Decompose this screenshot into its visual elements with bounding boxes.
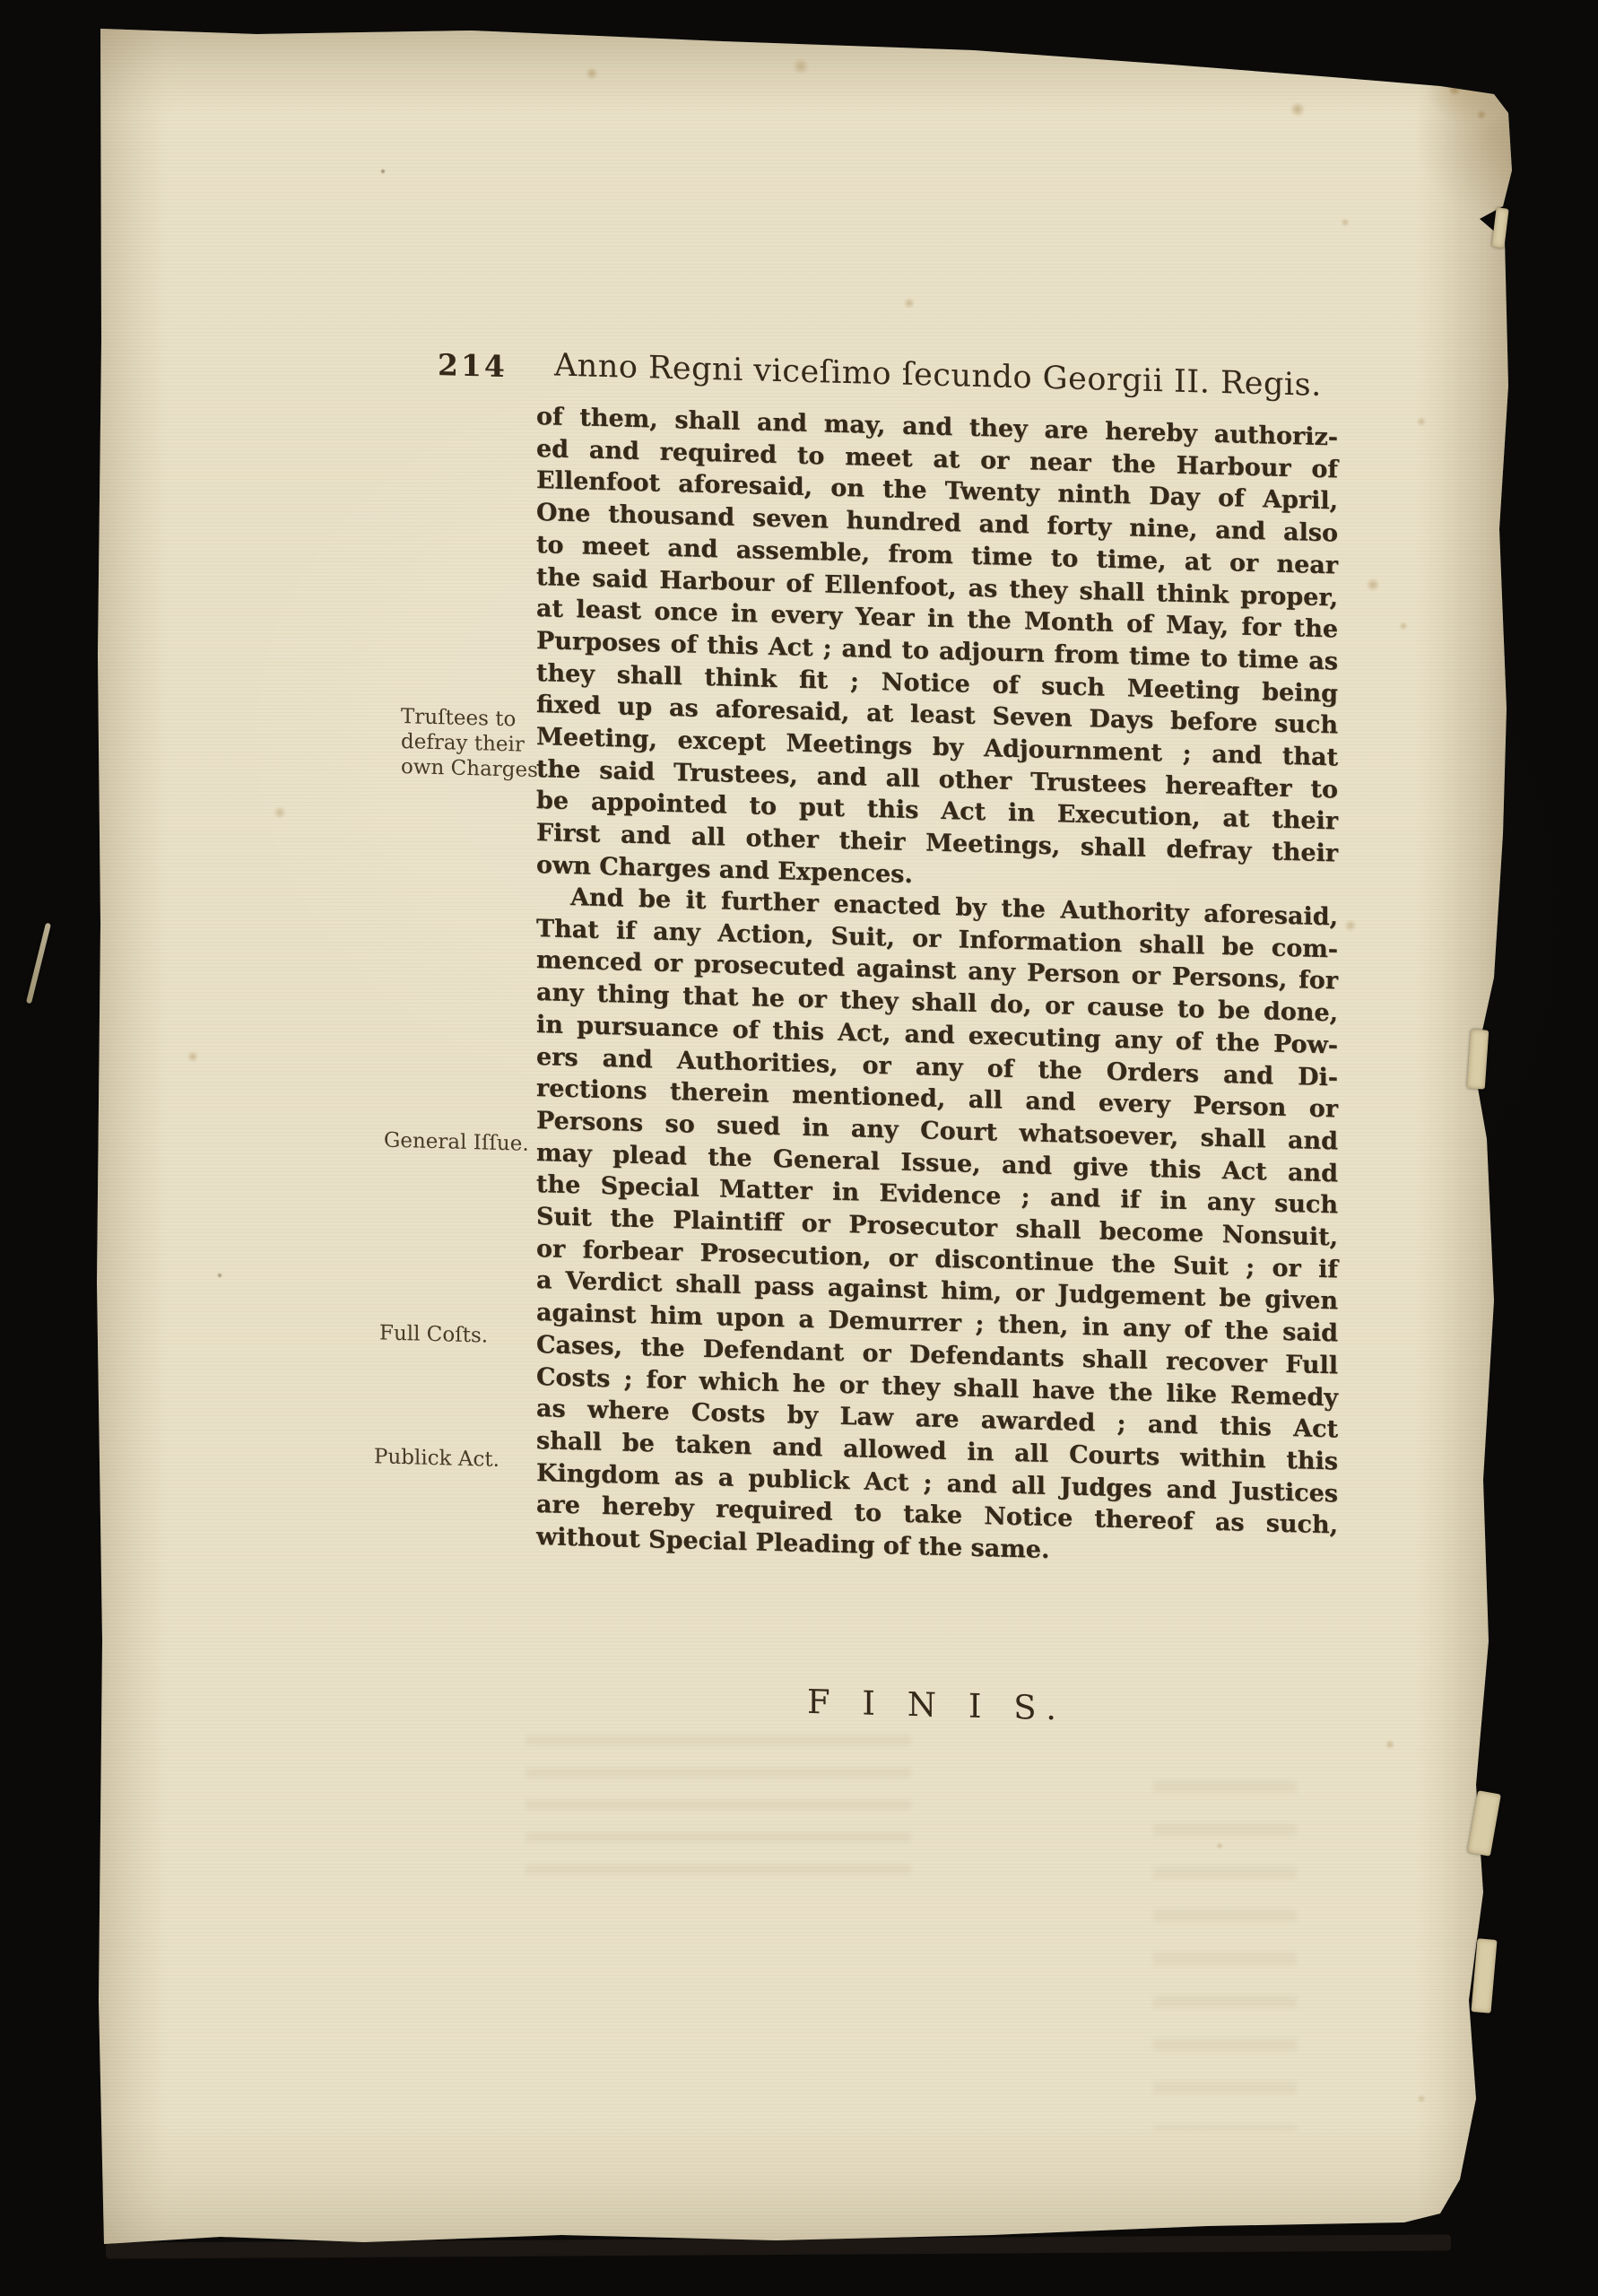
paper-fiber [26,923,51,1004]
document-page: 214 Anno Regni viceſimo ſecundo Georgii … [95,27,1515,2249]
body-paragraph-1: of them, shall and may, and they are her… [536,401,1338,870]
body-paragraph-2: And be it further enacted by the Authori… [536,881,1338,1542]
scan-background: 214 Anno Regni viceſimo ſecundo Georgii … [0,0,1598,2296]
page-number: 214 [438,350,508,381]
finis-text: F I N I S. [536,1678,1338,1732]
page-content: 214 Anno Regni viceſimo ſecundo Georgii … [95,15,1515,2274]
running-header: Anno Regni viceſimo ſecundo Georgii II. … [554,347,1322,404]
torn-edge-flap [1491,207,1508,248]
margin-note-full-costs: Full Coſts. [379,1320,488,1348]
margin-note-general-issue: General Iſſue. [384,1128,529,1157]
torn-edge-flap [1467,1029,1489,1089]
margin-note-publick-act: Publick Act. [374,1444,499,1473]
